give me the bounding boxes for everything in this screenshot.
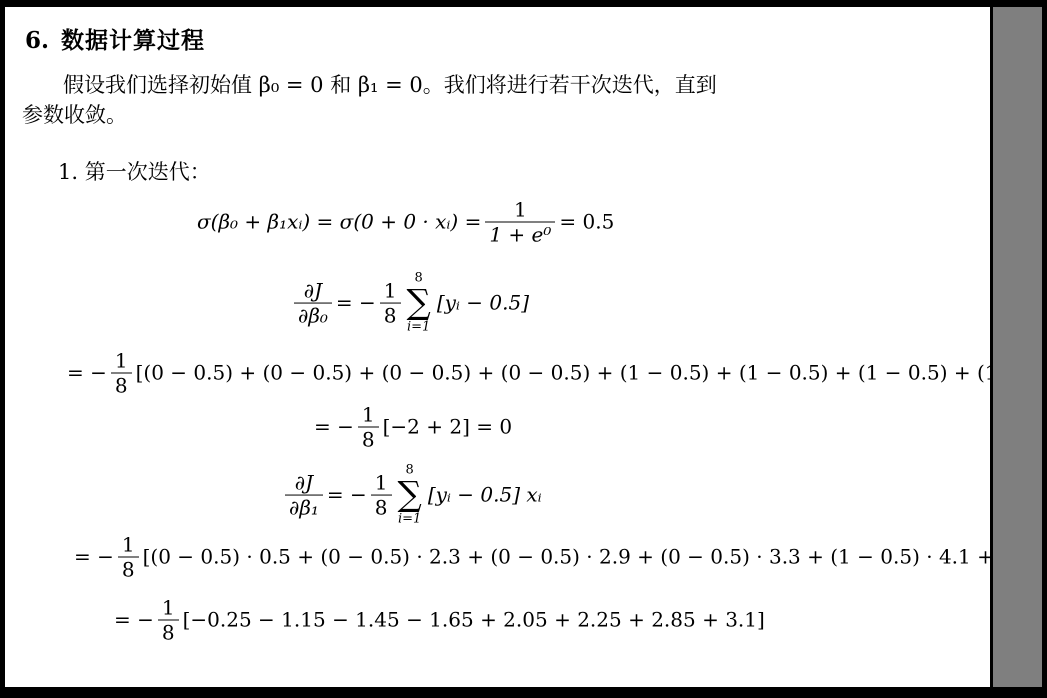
screenshot-root: { "colors": { "frame": "#000000", "page_… [0, 0, 1047, 698]
eq3-coefficient-denominator: 8 [111, 373, 132, 398]
eq3-coefficient-numerator: 1 [111, 349, 132, 373]
eq4-relation: = − [314, 415, 354, 440]
eq6-coefficient-denominator: 8 [118, 557, 139, 582]
eq4-body: [−2 + 2] = 0 [383, 415, 512, 440]
eq2-body: [yᵢ − 0.5] [437, 290, 529, 315]
eq1-fraction-numerator: 1 [510, 198, 531, 222]
eq6-body: [(0 − 0.5) · 0.5 + (0 − 0.5) · 2.3 + (0 … [143, 545, 990, 570]
equation-beta1-numeric: = − 1 8 [−0.25 − 1.15 − 1.45 − 1.65 + 2.… [112, 596, 767, 645]
eq2-coefficient-fraction: 1 8 [380, 278, 401, 327]
eq1-lhs: σ(β₀ + β₁xᵢ) = σ(0 + 0 · xᵢ) = [197, 210, 481, 235]
eq7-coefficient-numerator: 1 [158, 596, 179, 620]
eq6-relation: = − [74, 545, 114, 570]
eq5-sum-lower-limit: i=1 [398, 512, 421, 526]
eq2-coefficient-denominator: 8 [380, 302, 401, 327]
sigma-sum-icon: ∑ [407, 286, 431, 320]
eq2-derivative-numerator: ∂J [300, 278, 326, 302]
eq4-coefficient-numerator: 1 [358, 403, 379, 427]
eq5-coefficient-numerator: 1 [371, 470, 392, 494]
list-item-first-iteration: 1. 第一次迭代： [58, 160, 211, 185]
eq1-rhs: = 0.5 [559, 210, 614, 235]
section-heading: 6.数据计算过程 [25, 22, 205, 55]
paragraph-line-1: 假设我们选择初始值 β₀ = 0 和 β₁ = 0。我们将进行若干次迭代，直到 [63, 73, 717, 98]
eq5-derivative-denominator: ∂β₁ [285, 494, 323, 519]
eq7-coefficient-fraction: 1 8 [158, 596, 179, 645]
section-title: 数据计算过程 [61, 28, 205, 54]
eq2-derivative-denominator: ∂β₀ [294, 302, 332, 327]
sigma-sum-icon: ∑ [398, 478, 422, 512]
document-page: 6.数据计算过程 假设我们选择初始值 β₀ = 0 和 β₁ = 0。我们将进行… [5, 7, 990, 687]
eq3-relation: = − [67, 361, 107, 386]
eq4-coefficient-fraction: 1 8 [358, 403, 379, 452]
eq5-derivative-fraction: ∂J ∂β₁ [285, 470, 323, 519]
eq3-body: [(0 − 0.5) + (0 − 0.5) + (0 − 0.5) + (0 … [136, 361, 990, 386]
section-number: 6. [25, 27, 49, 54]
equation-beta0-expansion: = − 1 8 [(0 − 0.5) + (0 − 0.5) + (0 − 0.… [65, 349, 990, 398]
eq2-derivative-fraction: ∂J ∂β₀ [294, 278, 332, 327]
eq5-coefficient-fraction: 1 8 [371, 470, 392, 519]
eq5-summation: 8 ∑ i=1 [398, 464, 422, 527]
eq2-summation: 8 ∑ i=1 [407, 272, 431, 335]
equation-beta1-expansion: = − 1 8 [(0 − 0.5) · 0.5 + (0 − 0.5) · 2… [72, 533, 990, 582]
eq4-coefficient-denominator: 8 [358, 427, 379, 452]
paragraph-line-2: 参数收敛。 [22, 103, 127, 128]
eq3-coefficient-fraction: 1 8 [111, 349, 132, 398]
eq1-fraction-denominator: 1 + e⁰ [485, 222, 555, 247]
eq5-body: [yᵢ − 0.5] xᵢ [428, 482, 542, 507]
eq5-relation: = − [327, 482, 367, 507]
eq2-sum-lower-limit: i=1 [407, 320, 430, 334]
eq2-relation: = − [336, 290, 376, 315]
eq6-coefficient-fraction: 1 8 [118, 533, 139, 582]
eq2-coefficient-numerator: 1 [380, 278, 401, 302]
eq5-derivative-numerator: ∂J [291, 470, 317, 494]
eq7-coefficient-denominator: 8 [158, 620, 179, 645]
eq6-coefficient-numerator: 1 [118, 533, 139, 557]
equation-gradient-beta1: ∂J ∂β₁ = − 1 8 8 ∑ i=1 [yᵢ − 0.5] xᵢ [283, 464, 544, 527]
eq7-body: [−0.25 − 1.15 − 1.45 − 1.65 + 2.05 + 2.2… [183, 608, 765, 633]
viewer-background-panel [993, 7, 1042, 687]
equation-sigmoid: σ(β₀ + β₁xᵢ) = σ(0 + 0 · xᵢ) = 1 1 + e⁰ … [195, 198, 616, 247]
eq1-fraction: 1 1 + e⁰ [485, 198, 555, 247]
eq5-coefficient-denominator: 8 [371, 494, 392, 519]
equation-gradient-beta0: ∂J ∂β₀ = − 1 8 8 ∑ i=1 [yᵢ − 0.5] [292, 272, 531, 335]
equation-beta0-result: = − 1 8 [−2 + 2] = 0 [312, 403, 514, 452]
eq7-relation: = − [114, 608, 154, 633]
